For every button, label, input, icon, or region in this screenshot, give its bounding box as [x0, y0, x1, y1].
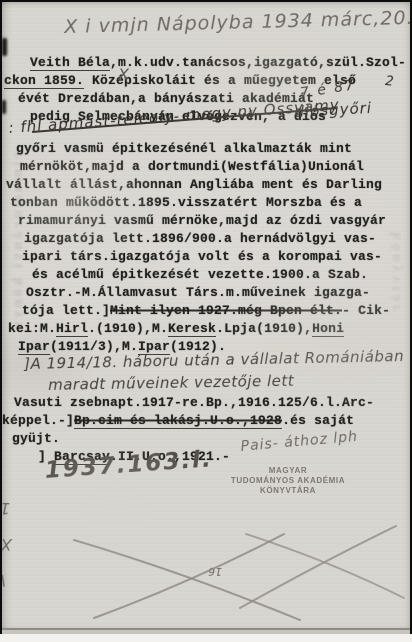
typed-text: ipari társ.igazgatója volt és a korompai… [22, 249, 382, 264]
typed-text: mérnököt,majd a dortmundi(Westfália)Unio… [20, 159, 364, 174]
typed-line: ipari társ.igazgatója volt és a korompai… [22, 248, 382, 266]
typed-text: győri vasmü épitkezésénél alkalmazták mi… [16, 141, 352, 156]
handwritten-flipped-line3: Veith (Vergeborst) Miksa. belügymin. [2, 566, 6, 590]
handwritten-x-mark: X [118, 65, 129, 84]
typed-line: rimamurányi vasmű mérnöke,majd az ózdi v… [18, 212, 386, 230]
typed-line: mérnököt,majd a dortmundi(Westfália)Unio… [20, 158, 364, 176]
handwritten-flipped-line1: 1856 augusztus 29én.- Lgéb szerint: [2, 493, 10, 518]
typed-line: tonban működött.1895.visszatért Morszba … [10, 194, 362, 212]
handwritten-top-note: X i vmjn Nápolyba 1934 márc,20.- [64, 7, 410, 38]
typed-text: tonban működött.1895.visszatért Morszba … [10, 195, 362, 210]
typed-text: Osztr.-M.Államvasut Társ.m.műveinek igaz… [26, 285, 370, 300]
underlined-text: Keresk [168, 321, 216, 337]
typed-text: .Lpja(1910), [216, 321, 312, 336]
typed-text: gyüjt. [12, 431, 60, 446]
library-stamp: MAGYAR TUDOMÁNYOS AKADÉMIA KÖNYVTÁRA [224, 466, 352, 496]
underlined-text: Ipar [18, 339, 50, 355]
underlined-name: Veith Béla [30, 55, 110, 71]
typed-text: tója lett.] [22, 303, 110, 318]
scanner-background [0, 634, 412, 642]
handwritten-flipped-small-number: 16 [208, 565, 222, 578]
typed-line: gyüjt. [12, 430, 60, 448]
typed-text: képpel.-] [2, 413, 74, 428]
underlined-text: ckon 1859. [4, 73, 84, 89]
typed-text: rimamurányi vasmű mérnöke,majd az ózdi v… [18, 213, 386, 228]
typed-line: Veith Béla,m.k.udv.tanácsos,igazgató,szü… [30, 54, 406, 72]
edge-smudge-mid [2, 100, 6, 114]
struck-text: Mint ilyen 1927.még Bpen élt. [110, 303, 342, 318]
document-scan: rimamurányi könyv könyvtár X i vmjn Nápo… [0, 0, 412, 642]
typed-text: (1911/3),M. [50, 339, 138, 354]
typed-text: - Cik- [342, 303, 390, 318]
typed-text: .(1910),M. [88, 321, 168, 336]
typed-line: kei:M.Hirl.(1910),M.Keresk.Lpja(1910),Ho… [8, 320, 344, 338]
stamp-line2: TUDOMÁNYOS AKADÉMIA [224, 476, 352, 486]
typed-text: kei:M. [8, 321, 56, 336]
struck-text: Bp.cim és lakásj.U.o.,1928 [74, 413, 282, 429]
typed-line-with-strike: képpel.-]Bp.cim és lakásj.U.o.,1928.és s… [2, 412, 354, 430]
handwritten-flipped-line2: XIV: 1237-38 h.- szül. Szombathelyen [2, 535, 12, 559]
handwritten-superscript-2: 2 [384, 74, 394, 90]
typed-text: Vasuti zsebnapt.1917-re.Bp.,1916.125/6.l… [14, 395, 374, 410]
underlined-text: Honi [312, 321, 344, 337]
ghost-bleed-right: könyvtár [388, 232, 405, 362]
stamp-line3: KÖNYVTÁRA [224, 486, 352, 496]
typed-line: Osztr.-M.Államvasut Társ.m.műveinek igaz… [26, 284, 370, 302]
edge-smudge-top [2, 38, 7, 56]
typed-line: vállalt állást,ahonnan Angliába ment és … [6, 176, 382, 194]
underlined-text: Hirl [56, 321, 88, 337]
typed-line: és acélmű épitkezését vezette.1900.a Sza… [32, 266, 368, 284]
handwritten-after-barcsay: Pais- áthoz lph [240, 429, 359, 455]
typed-line: Vasuti zsebnapt.1917-re.Bp.,1916.125/6.l… [14, 394, 374, 412]
typed-text: vállalt állást,ahonnan Angliába ment és … [6, 177, 382, 192]
typed-text: .és saját [282, 413, 354, 428]
stamp-line1: MAGYAR [224, 466, 352, 476]
index-card: rimamurányi könyv könyvtár X i vmjn Nápo… [2, 2, 410, 628]
typed-line: igazgatója lett.1896/900.a hernádvölgyi … [24, 230, 376, 248]
typed-text: ,m.k.udv.tanácsos,igazgató,szül.Szol- [110, 55, 406, 70]
handwritten-insert-line2: maradt műveinek vezetője lett [48, 372, 294, 394]
typed-line-with-strike: tója lett.]Mint ilyen 1927.még Bpen élt.… [22, 302, 390, 320]
typed-text: és acélmű épitkezését vezette.1900.a Sza… [32, 267, 368, 282]
typed-text: igazgatója lett.1896/900.a hernádvölgyi … [24, 231, 376, 246]
typed-line: győri vasmü épitkezésénél alkalmazták mi… [16, 140, 352, 158]
